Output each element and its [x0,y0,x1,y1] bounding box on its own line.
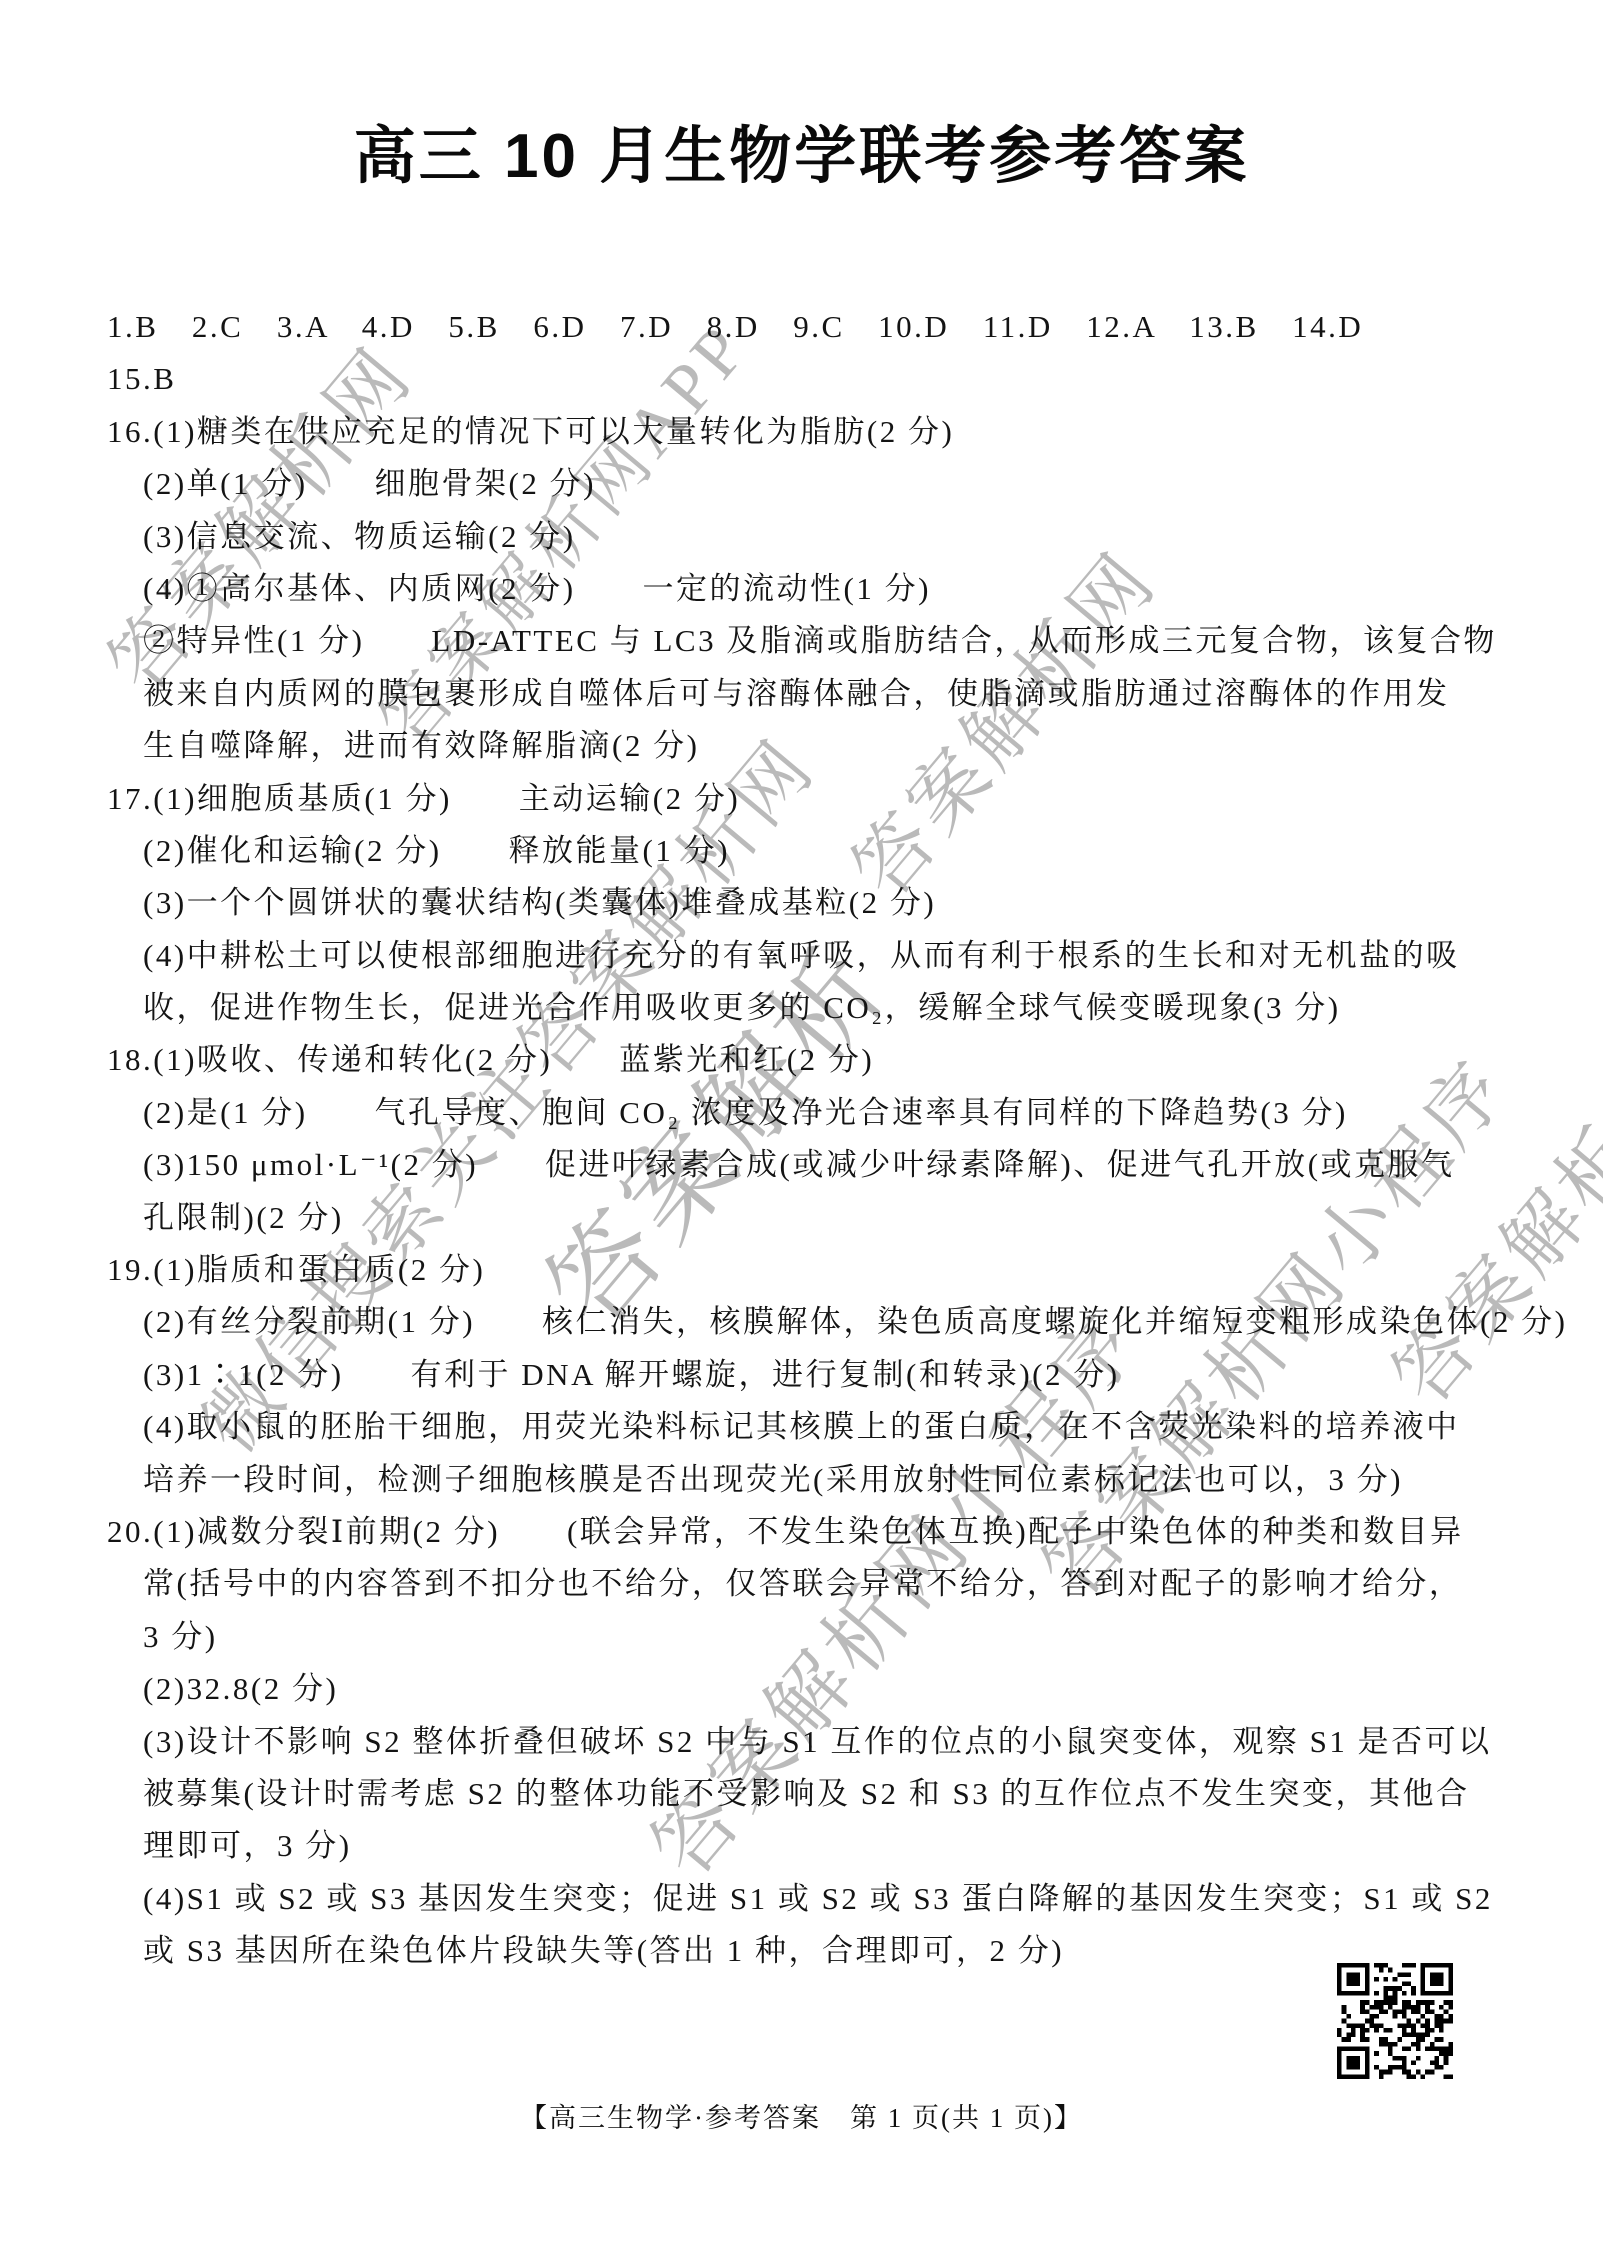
answer-line: 1.B 2.C 3.A 4.D 5.B 6.D 7.D 8.D 9.C 10.D… [0,301,1603,353]
answer-line: (4)S1 或 S2 或 S3 基因发生突变；促进 S1 或 S2 或 S3 蛋… [0,1873,1603,1925]
answer-sheet-page: 答案解析网答案解析网APP答案解析网微信搜索关注答案解析网答案解析答案解析网小程… [0,0,1603,2252]
answer-line: 常(括号中的内容答到不扣分也不给分，仅答联会异常不给分，答到对配子的影响才给分， [0,1558,1603,1610]
answer-line: 19.(1)脂质和蛋白质(2 分) [0,1244,1603,1296]
answer-line: 16.(1)糖类在供应充足的情况下可以大量转化为脂肪(2 分) [0,406,1603,458]
answer-line: 20.(1)减数分裂Ⅰ前期(2 分) (联会异常，不发生染色体互换)配子中染色体… [0,1506,1603,1558]
answer-line: 培养一段时间，检测子细胞核膜是否出现荧光(采用放射性同位素标记法也可以，3 分) [0,1454,1603,1506]
answer-line: 18.(1)吸收、传递和转化(2 分) 蓝紫光和红(2 分) [0,1034,1603,1086]
answer-line: (2)是(1 分) 气孔导度、胞间 CO₂ 浓度及净光合速率具有同样的下降趋势(… [0,1087,1603,1139]
answer-line: (2)有丝分裂前期(1 分) 核仁消失，核膜解体，染色质高度螺旋化并缩短变粗形成… [0,1296,1603,1348]
answer-line: (3)信息交流、物质运输(2 分) [0,511,1603,563]
answer-lines: 1.B 2.C 3.A 4.D 5.B 6.D 7.D 8.D 9.C 10.D… [0,301,1603,1978]
answer-line: ②特异性(1 分) LD-ATTEC 与 LC3 及脂滴或脂肪结合，从而形成三元… [0,615,1603,667]
answer-line: 孔限制)(2 分) [0,1192,1603,1244]
answer-line: 收，促进作物生长，促进光合作用吸收更多的 CO₂，缓解全球气候变暖现象(3 分) [0,982,1603,1034]
answer-line: 被来自内质网的膜包裹形成自噬体后可与溶酶体融合，使脂滴或脂肪通过溶酶体的作用发 [0,668,1603,720]
answer-line: (3)设计不影响 S2 整体折叠但破坏 S2 中与 S1 互作的位点的小鼠突变体… [0,1716,1603,1768]
answer-line: 15.B [0,353,1603,405]
answer-line: (3)一个个圆饼状的囊状结构(类囊体)堆叠成基粒(2 分) [0,877,1603,929]
answer-line: 3 分) [0,1611,1603,1663]
answer-line: (2)催化和运输(2 分) 释放能量(1 分) [0,825,1603,877]
answer-line: (4)取小鼠的胚胎干细胞，用荧光染料标记其核膜上的蛋白质，在不含荧光染料的培养液… [0,1401,1603,1453]
answer-line: (2)单(1 分) 细胞骨架(2 分) [0,458,1603,510]
answer-line: (4)中耕松土可以使根部细胞进行充分的有氧呼吸，从而有利于根系的生长和对无机盐的… [0,930,1603,982]
qr-code [1337,1963,1453,2079]
page-footer: 【高三生物学·参考答案 第 1 页(共 1 页)】 [0,2096,1603,2135]
answer-line: 理即可，3 分) [0,1820,1603,1872]
answer-line: 生自噬降解，进而有效降解脂滴(2 分) [0,720,1603,772]
answer-line: (3)150 μmol·L⁻¹(2 分) 促进叶绿素合成(或减少叶绿素降解)、促… [0,1139,1603,1191]
answer-line: (4)①高尔基体、内质网(2 分) 一定的流动性(1 分) [0,563,1603,615]
answer-line: 17.(1)细胞质基质(1 分) 主动运输(2 分) [0,773,1603,825]
answer-line: (3)1∶1(2 分) 有利于 DNA 解开螺旋，进行复制(和转录)(2 分) [0,1349,1603,1401]
answer-line: (2)32.8(2 分) [0,1663,1603,1715]
answer-line: 被募集(设计时需考虑 S2 的整体功能不受影响及 S2 和 S3 的互作位点不发… [0,1768,1603,1820]
content-layer: 高三 10 月生物学联考参考答案 1.B 2.C 3.A 4.D 5.B 6.D… [0,0,1603,2252]
page-title: 高三 10 月生物学联考参考答案 [0,106,1603,195]
